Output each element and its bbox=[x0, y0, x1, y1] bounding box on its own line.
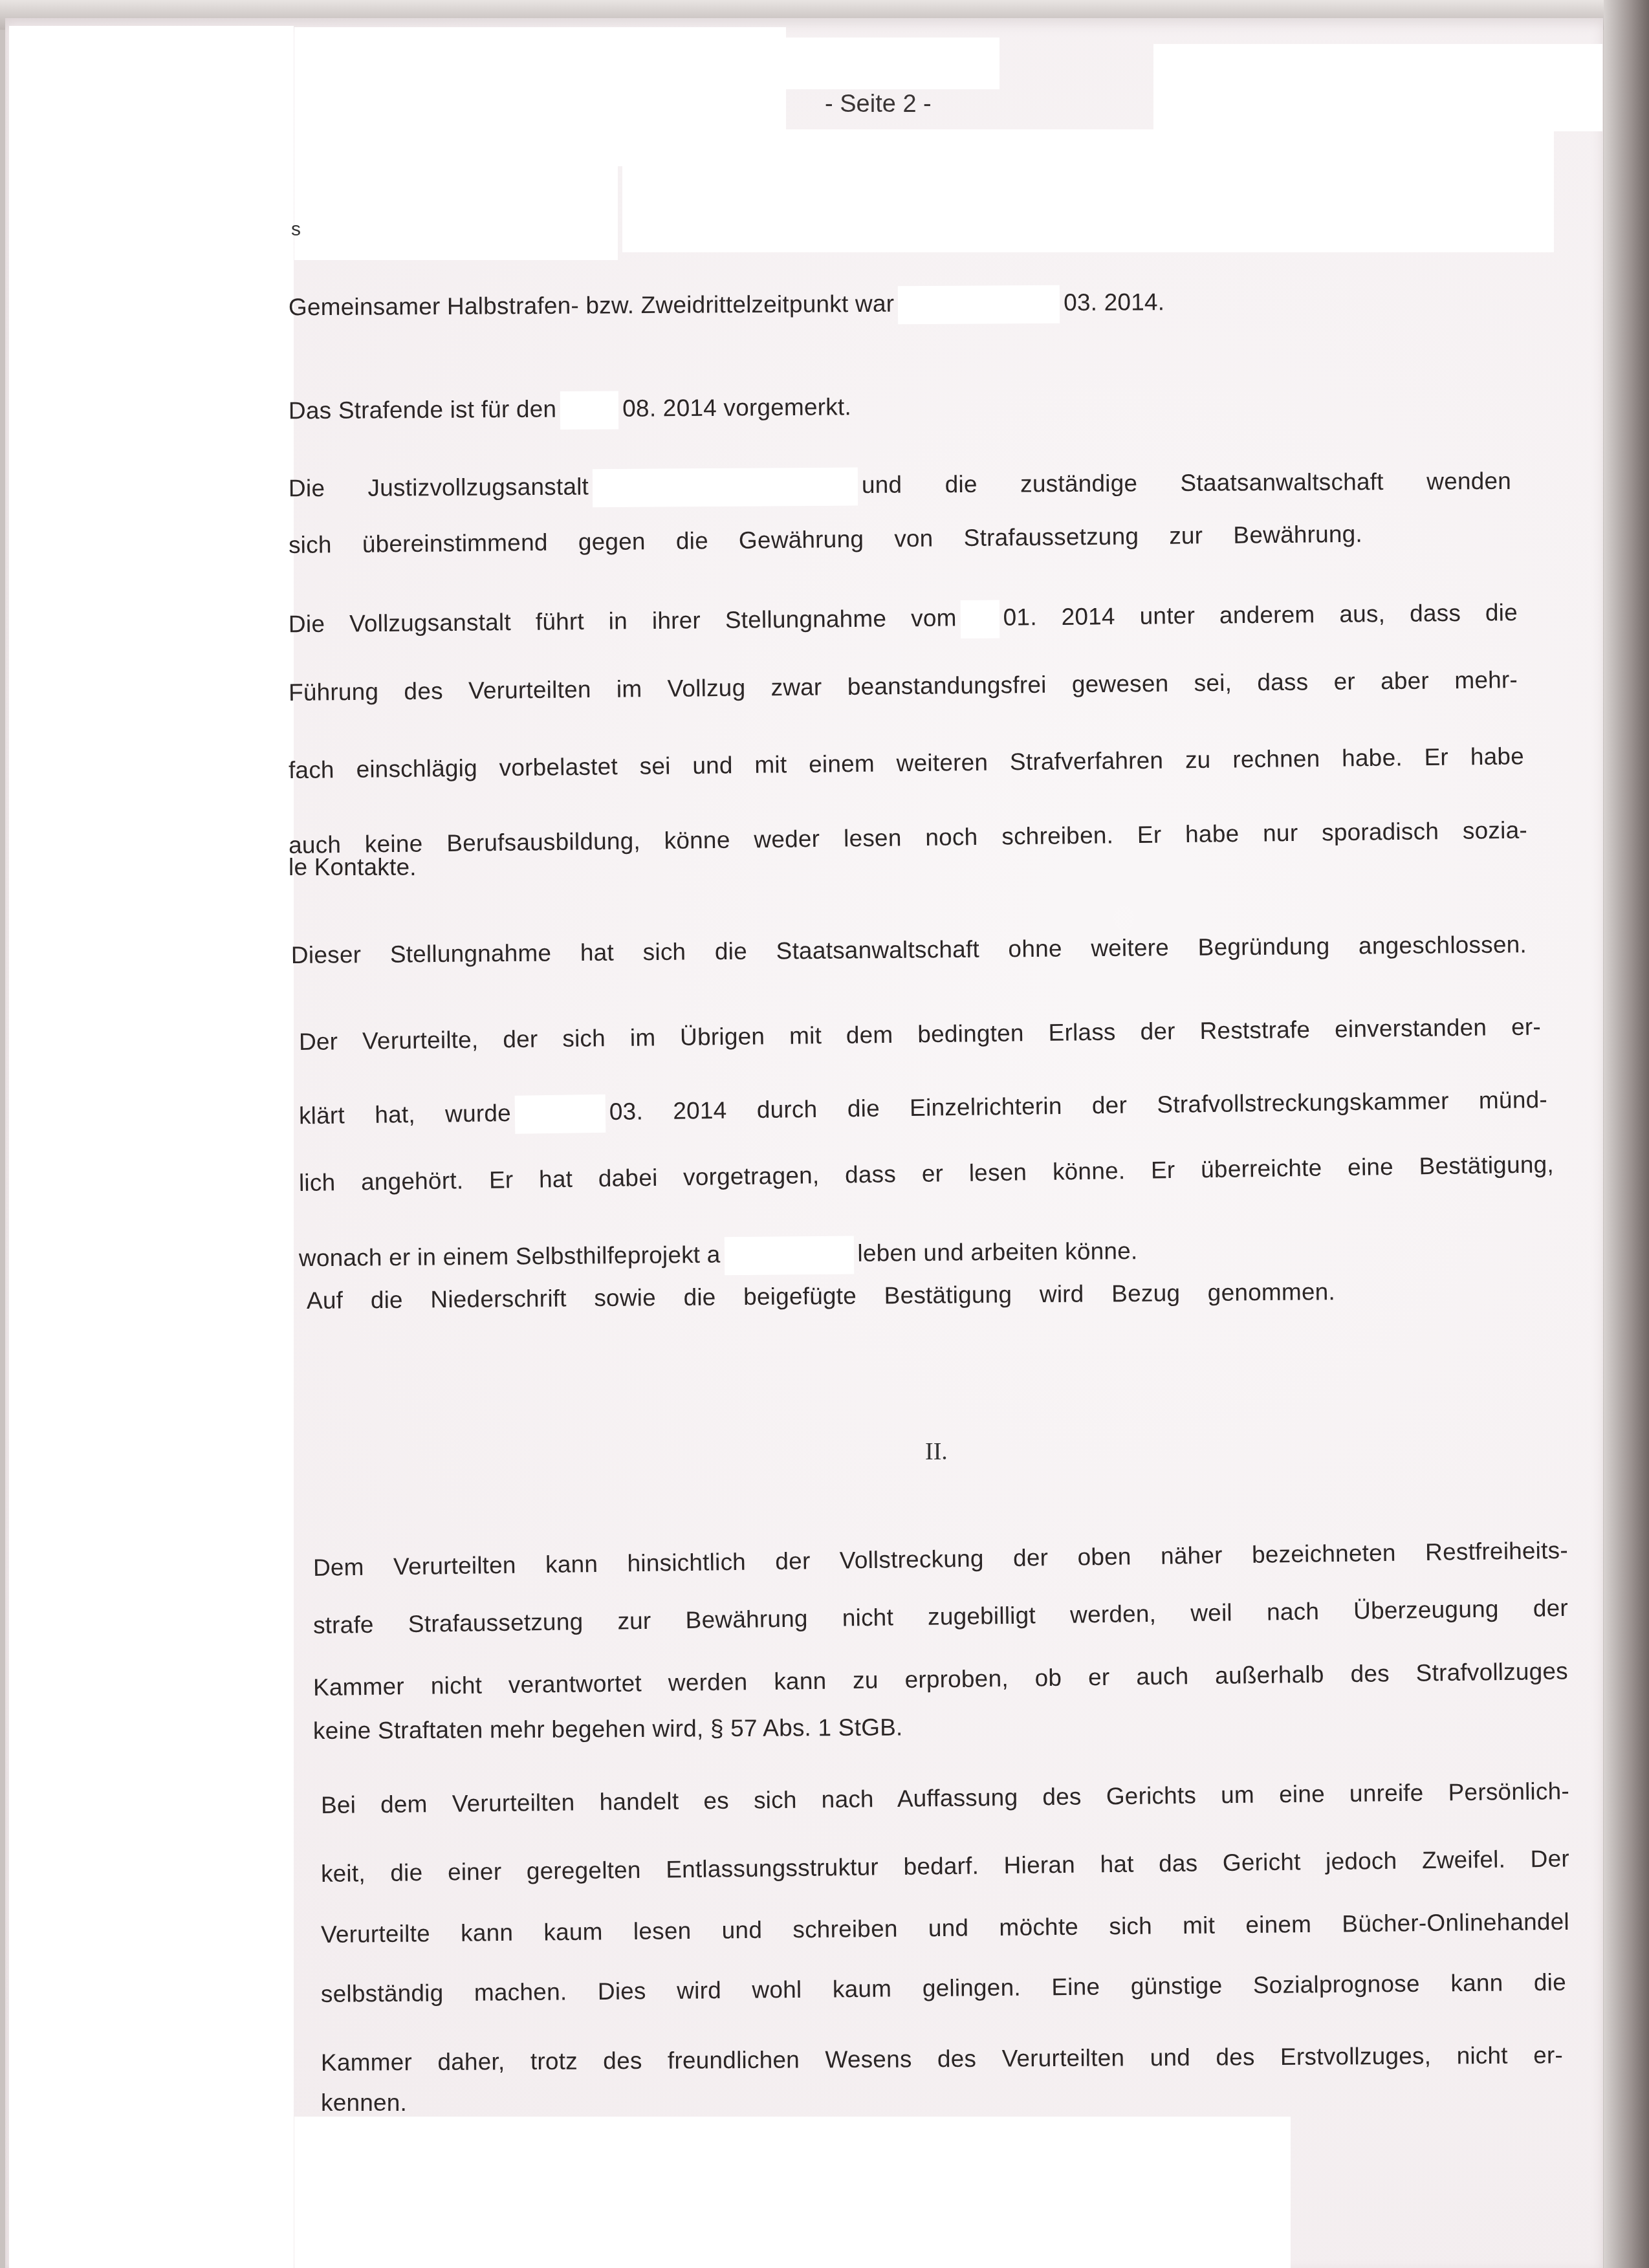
text-line: Die Justizvollzugsanstaltund die zuständ… bbox=[289, 463, 1511, 509]
line-text: 03. 2014. bbox=[1064, 289, 1164, 316]
line-text: wonach er in einem Selbsthilfeprojekt a bbox=[299, 1241, 721, 1272]
redaction-block bbox=[1153, 44, 1602, 131]
section-heading-2: II. bbox=[925, 1437, 948, 1466]
line-text: le Kontakte. bbox=[289, 854, 417, 880]
inline-redaction bbox=[960, 600, 999, 638]
redaction-block bbox=[294, 166, 618, 260]
line-text: und die zuständige Staatsanwaltschaft we… bbox=[862, 468, 1511, 498]
redaction-block bbox=[294, 2117, 1291, 2268]
line-text: 08. 2014 vorgemerkt. bbox=[622, 393, 851, 421]
line-text: kennen. bbox=[321, 2089, 407, 2116]
line-text: Die Vollzugsanstalt führt in ihrer Stell… bbox=[289, 604, 957, 637]
stray-mark: s bbox=[291, 219, 301, 241]
inline-redaction bbox=[560, 391, 618, 430]
redaction-block bbox=[622, 129, 1554, 252]
line-text: 03. 2014 durch die Einzelrichterin der S… bbox=[609, 1086, 1547, 1125]
text-line: wonach er in einem Selbsthilfeprojekt al… bbox=[299, 1234, 1138, 1279]
line-text: Die Justizvollzugsanstalt bbox=[289, 474, 589, 502]
text-line: le Kontakte. bbox=[289, 854, 417, 881]
inline-redaction bbox=[898, 285, 1060, 325]
scanner-side-edge bbox=[1604, 0, 1649, 2268]
text-line: kennen. bbox=[321, 2089, 407, 2117]
redaction-block bbox=[786, 38, 999, 89]
line-text: leben und arbeiten könne. bbox=[857, 1238, 1137, 1267]
redaction-block bbox=[9, 26, 294, 2268]
text-line: keine Straftaten mehr begehen wird, § 57… bbox=[313, 1714, 903, 1745]
page-header: - Seite 2 - bbox=[825, 91, 932, 118]
line-text: keine Straftaten mehr begehen wird, § 57… bbox=[313, 1714, 903, 1744]
inline-redaction bbox=[515, 1095, 606, 1134]
text-line: Gemeinsamer Halbstrafen- bzw. Zweidritte… bbox=[289, 287, 754, 329]
line-text: Gemeinsamer Halbstrafen- bzw. Zweidritte… bbox=[289, 290, 894, 321]
line-text: klärt hat, wurde bbox=[299, 1100, 512, 1129]
line-text: Das Strafende ist für den bbox=[289, 395, 557, 424]
text-line: Das Strafende ist für den08. 2014 vorgem… bbox=[289, 389, 851, 431]
inline-redaction bbox=[593, 468, 858, 508]
inline-redaction bbox=[724, 1236, 854, 1276]
line-text: 01. 2014 unter anderem aus, dass die bbox=[1003, 599, 1518, 631]
redaction-block bbox=[294, 27, 786, 89]
